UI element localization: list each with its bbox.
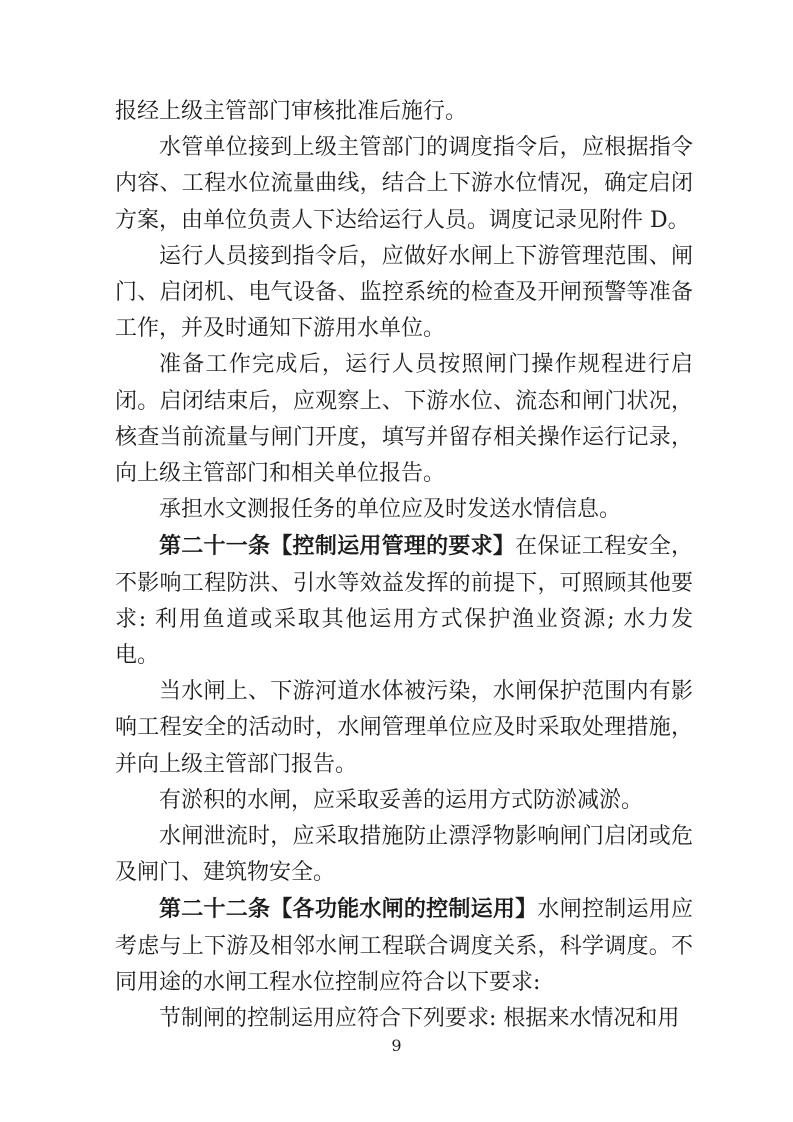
article-paragraph: 第二十一条【控制运用管理的要求】在保证工程安全，不影响工程防洪、引水等效益发挥的… [115, 528, 693, 674]
paragraph: 当水闸上、下游河道水体被污染，水闸保护范围内有影响工程安全的活动时，水闸管理单位… [115, 674, 693, 783]
paragraph: 准备工作完成后，运行人员按照闸门操作规程进行启闭。启闭结束后，应观察上、下游水位… [115, 347, 693, 492]
article-paragraph: 第二十二条【各功能水闸的控制运用】水闸控制运用应考虑与上下游及相邻水闸工程联合调… [115, 891, 693, 1001]
document-body: 报经上级主管部门审核批准后施行。水管单位接到上级主管部门的调度指令后，应根据指令… [115, 94, 693, 1037]
paragraph-text: 节制闸的控制运用应符合下列要求: 根据来水情况和用 [159, 1006, 679, 1031]
paragraph: 水闸泄流时，应采取措施防止漂浮物影响闸门启闭或危及闸门、建筑物安全。 [115, 819, 693, 891]
paragraph: 节制闸的控制运用应符合下列要求: 根据来水情况和用 [115, 1001, 693, 1037]
paragraph-text: 承担水文测报任务的单位应及时发送水情信息。 [159, 497, 621, 522]
paragraph: 有淤积的水闸，应采取妥善的运用方式防淤减淤。 [115, 783, 693, 819]
paragraph: 水管单位接到上级主管部门的调度指令后，应根据指令内容、工程水位流量曲线，结合上下… [115, 130, 693, 239]
paragraph-text: 当水闸上、下游河道水体被污染，水闸保护范围内有影响工程安全的活动时，水闸管理单位… [115, 679, 693, 776]
paragraph-text: 水闸泄流时，应采取措施防止漂浮物影响闸门启闭或危及闸门、建筑物安全。 [115, 824, 693, 885]
paragraph: 承担水文测报任务的单位应及时发送水情信息。 [115, 492, 693, 528]
paragraph-text: 运行人员接到指令后，应做好水闸上下游管理范围、闸门、启闭机、电气设备、监控系统的… [115, 244, 693, 341]
paragraph-text: 报经上级主管部门审核批准后施行。 [115, 99, 467, 124]
article-heading: 第二十一条【控制运用管理的要求】 [159, 533, 515, 559]
paragraph-text: 准备工作完成后，运行人员按照闸门操作规程进行启闭。启闭结束后，应观察上、下游水位… [115, 352, 693, 486]
paragraph-text: 有淤积的水闸，应采取妥善的运用方式防淤减淤。 [159, 788, 643, 813]
document-page: 报经上级主管部门审核批准后施行。水管单位接到上级主管部门的调度指令后，应根据指令… [0, 0, 793, 1122]
paragraph-text: 水管单位接到上级主管部门的调度指令后，应根据指令内容、工程水位流量曲线，结合上下… [115, 135, 693, 232]
page-number: 9 [0, 1035, 793, 1057]
paragraph: 报经上级主管部门审核批准后施行。 [115, 94, 693, 130]
paragraph: 运行人员接到指令后，应做好水闸上下游管理范围、闸门、启闭机、电气设备、监控系统的… [115, 239, 693, 348]
article-heading: 第二十二条【各功能水闸的控制运用】 [159, 896, 537, 922]
